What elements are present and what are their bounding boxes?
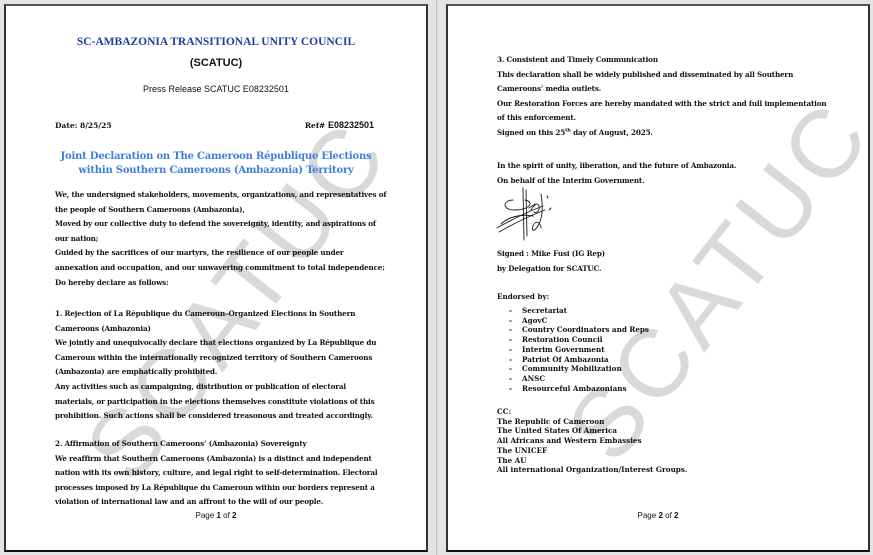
declaration-title: Joint Declaration on The Cameroon Républ…: [6, 150, 426, 178]
page-number: Page 1 of 2: [6, 511, 426, 520]
endorser-item: -Interim Government: [509, 345, 649, 355]
endorser-name: Resourceful Ambazonians: [522, 384, 627, 393]
closing-statement: In the spirit of unity, liberation, and …: [497, 159, 837, 188]
endorser-name: Interim Government: [522, 345, 605, 354]
endorser-item: -Community Mobilization: [509, 364, 649, 374]
text-line: materials, or participation in the elect…: [55, 395, 395, 410]
bullet-dash: -: [509, 374, 522, 384]
text-line: In the spirit of unity, liberation, and …: [497, 159, 837, 174]
cc-recipient: All international Organization/Interest …: [497, 465, 687, 475]
endorser-item: -Secretariat: [509, 306, 649, 316]
page-gap-divider: [436, 0, 437, 555]
endorser-name: AgovC: [522, 316, 547, 325]
declaration-title-line: Joint Declaration on The Cameroon Républ…: [6, 150, 426, 164]
signed-on-date: Signed on this 25th day of August, 2025.: [497, 126, 837, 141]
text-line: Our Restoration Forces are hereby mandat…: [497, 97, 837, 112]
organization-abbreviation: (SCATUC): [6, 57, 426, 69]
endorser-item: -Restoration Council: [509, 335, 649, 345]
signatory-block: Signed : Mike Fusi (IG Rep)by Delegation…: [497, 247, 837, 276]
text-line: Moved by our collective duty to defend t…: [55, 217, 395, 232]
section-1-rejection: 1. Rejection of La République du Camerou…: [55, 307, 395, 424]
signature-image: [493, 186, 563, 242]
bullet-dash: -: [509, 345, 522, 355]
endorsed-by-label: Endorsed by:: [497, 292, 549, 301]
section-2-sovereignty: 2. Affirmation of Southern Cameroons’ (A…: [55, 437, 395, 510]
bullet-dash: -: [509, 384, 522, 394]
cc-recipient: The UNICEF: [497, 446, 687, 456]
text-line: Cameroons’ media outlets.: [497, 82, 837, 97]
organization-title: SC-AMBAZONIA TRANSITIONAL UNITY COUNCIL: [6, 36, 426, 48]
endorser-item: -Patriot Of Ambazonia: [509, 355, 649, 365]
preamble-paragraph: We, the undersigned stakeholders, moveme…: [55, 188, 395, 290]
bullet-dash: -: [509, 335, 522, 345]
endorsed-by-list: -Secretariat-AgovC-Country Coordinators …: [509, 306, 649, 393]
text-line: 1. Rejection of La République du Camerou…: [55, 307, 395, 322]
text-line: This declaration shall be widely publish…: [497, 68, 837, 83]
text-line: Guided by the sacrifices of our martyrs,…: [55, 246, 395, 261]
text-line: 2. Affirmation of Southern Cameroons’ (A…: [55, 437, 395, 452]
cc-recipient: The AU: [497, 456, 687, 466]
text-line: We reaffirm that Southern Cameroons (Amb…: [55, 452, 395, 467]
reference-number: E08232501: [328, 120, 374, 130]
bullet-dash: -: [509, 355, 522, 365]
text-line: nation with its own history, culture, an…: [55, 466, 395, 481]
bullet-dash: -: [509, 316, 522, 326]
text-line: our nation;: [55, 232, 395, 247]
text-line: violation of international law and an af…: [55, 495, 395, 510]
endorser-item: -ANSC: [509, 374, 649, 384]
endorser-name: Patriot Of Ambazonia: [522, 355, 609, 364]
declaration-title-line: within Southern Cameroons (Ambazonia) Te…: [6, 164, 426, 178]
text-line: Any activities such as campaigning, dist…: [55, 380, 395, 395]
document-reference: Ref# E08232501: [305, 120, 374, 130]
endorser-name: Secretariat: [522, 306, 567, 315]
text-line: the people of Southern Cameroons (Ambazo…: [55, 203, 395, 218]
document-date: Date: 8/25/25: [55, 121, 112, 130]
text-line: Cameroun within the internationally reco…: [55, 351, 395, 366]
press-release-number: Press Release SCATUC E08232501: [6, 84, 426, 94]
endorser-name: Restoration Council: [522, 335, 603, 344]
endorser-item: -Resourceful Ambazonians: [509, 384, 649, 394]
endorser-name: ANSC: [522, 374, 545, 383]
text-line: We jointly and unequivocally declare tha…: [55, 336, 395, 351]
cc-label: CC:: [497, 407, 687, 417]
endorser-name: Community Mobilization: [522, 364, 622, 373]
bullet-dash: -: [509, 306, 522, 316]
page-number: Page 2 of 2: [448, 511, 868, 520]
document-page-2[interactable]: SCATUC 3. Consistent and Timely Communic…: [446, 4, 870, 552]
text-line: Cameroons (Ambazonia): [55, 322, 395, 337]
text-line: by Delegation for SCATUC.: [497, 262, 837, 277]
text-line: processes imposed by La République du Ca…: [55, 481, 395, 496]
cc-list: CC: The Republic of CameroonThe United S…: [497, 407, 687, 475]
text-line: 3. Consistent and Timely Communication: [497, 53, 837, 68]
text-line: of this enforcement.: [497, 111, 837, 126]
cc-recipient: The United States Of America: [497, 426, 687, 436]
cc-recipient: The Republic of Cameroon: [497, 417, 687, 427]
text-line: We, the undersigned stakeholders, moveme…: [55, 188, 395, 203]
text-line: (Ambazonia) are emphatically prohibited.: [55, 365, 395, 380]
text-line: Signed : Mike Fusi (IG Rep): [497, 247, 837, 262]
section-3-communication: 3. Consistent and Timely CommunicationTh…: [497, 53, 837, 141]
reference-label: Ref#: [305, 121, 326, 130]
bullet-dash: -: [509, 364, 522, 374]
bullet-dash: -: [509, 325, 522, 335]
text-line: prohibition. Such actions shall be consi…: [55, 409, 395, 424]
endorser-item: -Country Coordinators and Reps: [509, 325, 649, 335]
text-line: annexation and occupation, and our unwav…: [55, 261, 395, 276]
endorser-name: Country Coordinators and Reps: [522, 325, 649, 334]
text-line: Do hereby declare as follows:: [55, 276, 395, 291]
endorser-item: -AgovC: [509, 316, 649, 326]
cc-recipient: All Africans and Western Embassies: [497, 436, 687, 446]
document-page-1[interactable]: SCATUC SC-AMBAZONIA TRANSITIONAL UNITY C…: [4, 4, 428, 552]
